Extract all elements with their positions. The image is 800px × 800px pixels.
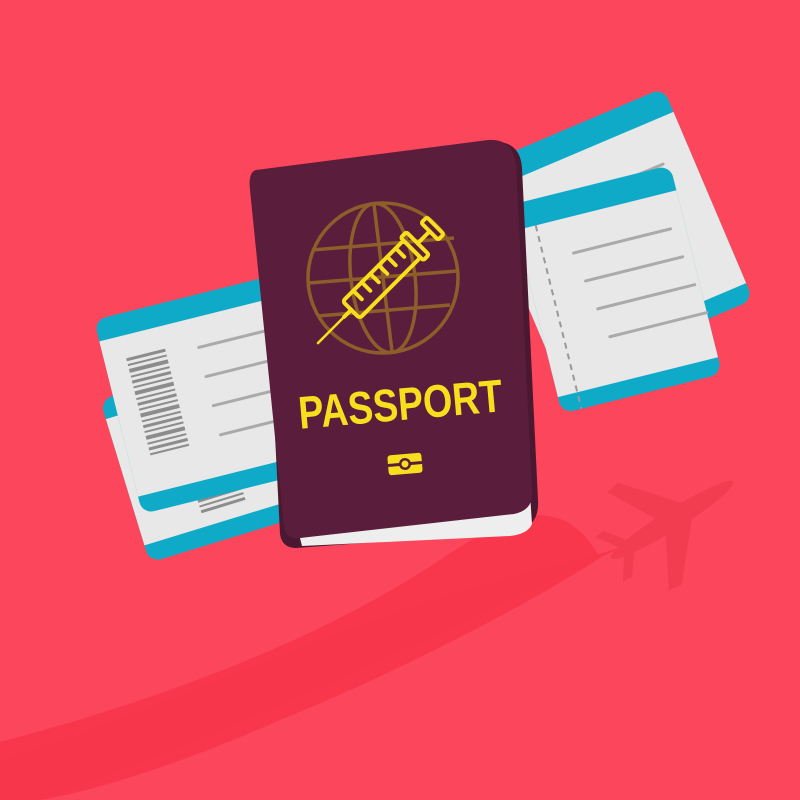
passport: PASSPORT — [250, 140, 539, 548]
biometric-chip-icon — [387, 453, 423, 476]
illustration: PASSPORT — [0, 0, 800, 800]
